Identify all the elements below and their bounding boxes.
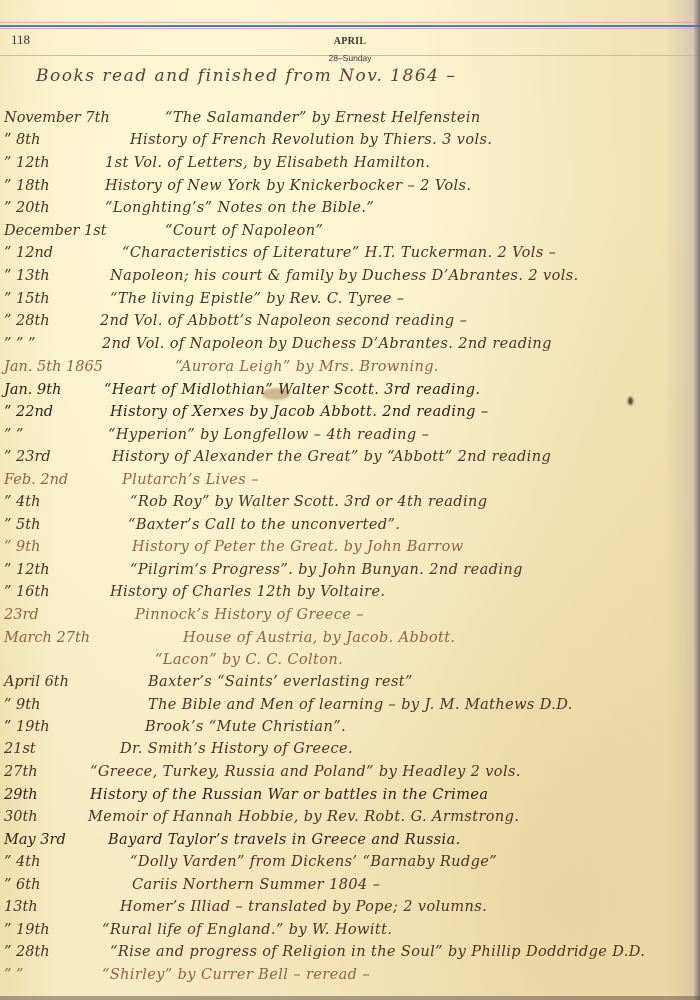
ledger-entry: ” 4th“Dolly Varden” from Dickens’ “Barna… <box>0 854 700 878</box>
entry-date: 13th <box>4 899 38 915</box>
entry-date: ” 5th <box>4 517 40 533</box>
entry-text: “Dolly Varden” from Dickens’ “Barnaby Ru… <box>130 854 497 870</box>
entry-date: December 1st <box>4 223 107 239</box>
entry-date: ” ” ” <box>4 336 35 352</box>
header-rule-blue <box>0 25 700 27</box>
ledger-entry: ” 19thBrook’s “Mute Christian”. <box>0 719 700 743</box>
entry-date: ” 19th <box>4 922 50 938</box>
entry-date: ” 12nd <box>4 245 53 261</box>
ledger-entry: 27th“Greece, Turkey, Russia and Poland” … <box>0 764 700 788</box>
entry-date: March 27th <box>4 630 90 646</box>
ledger-entry: ” 9thThe Bible and Men of learning – by … <box>0 697 700 721</box>
entry-text: “Rural life of England.” by W. Howitt. <box>102 922 392 938</box>
ledger-entry: ” 22ndHistory of Xerxes by Jacob Abbott.… <box>0 404 700 428</box>
ledger-entry: ” 28th2nd Vol. of Abbott’s Napoleon seco… <box>0 313 700 337</box>
entry-date: ” ” <box>4 967 23 983</box>
entry-text: 1st Vol. of Letters, by Elisabeth Hamilt… <box>105 155 430 171</box>
ledger-entry: ” ” ”2nd Vol. of Napoleon by Duchess D’A… <box>0 336 700 360</box>
entry-text: History of New York by Knickerbocker – 2… <box>105 178 471 194</box>
entry-text: “Greece, Turkey, Russia and Poland” by H… <box>90 764 521 780</box>
entry-date: 30th <box>4 809 38 825</box>
entry-date: ” 22nd <box>4 404 53 420</box>
ledger-entry: ” 12th1st Vol. of Letters, by Elisabeth … <box>0 155 700 179</box>
entry-date: ” 6th <box>4 877 40 893</box>
entry-text: The Bible and Men of learning – by J. M.… <box>148 697 573 713</box>
entry-text: History of the Russian War or battles in… <box>90 787 488 803</box>
ledger-entry: “Lacon” by C. C. Colton. <box>0 652 700 676</box>
ledger-entry: ” 20th“Longhting’s” Notes on the Bible.” <box>0 200 700 224</box>
entry-text: “Baxter’s Call to the unconverted”. <box>128 517 400 533</box>
ledger-entry: 21stDr. Smith’s History of Greece. <box>0 741 700 765</box>
entry-date: Jan. 9th <box>4 382 61 398</box>
ledger-entry: ” 23rdHistory of Alexander the Great” by… <box>0 449 700 473</box>
entry-text: History of French Revolution by Thiers. … <box>130 132 492 148</box>
page-edge-right <box>694 0 700 1000</box>
entry-text: Brook’s “Mute Christian”. <box>145 719 346 735</box>
entry-text: Cariis Northern Summer 1804 – <box>132 877 380 893</box>
entry-date: ” 16th <box>4 584 50 600</box>
entry-text: Pinnock’s History of Greece – <box>135 607 364 623</box>
entry-date: ” 23rd <box>4 449 51 465</box>
ledger-entry: ” 12th“Pilgrim’s Progress”. by John Buny… <box>0 562 700 586</box>
entry-text: 2nd Vol. of Abbott’s Napoleon second rea… <box>100 313 467 329</box>
entry-date: ” 12th <box>4 155 50 171</box>
entry-text: “Longhting’s” Notes on the Bible.” <box>105 200 374 216</box>
header-rule-pink-middle <box>0 28 700 29</box>
entry-text: History of Charles 12th by Voltaire. <box>110 584 385 600</box>
month-label: APRIL <box>0 36 700 47</box>
entry-text: History of Peter the Great. by John Barr… <box>132 539 464 555</box>
ledger-entry: ” 18thHistory of New York by Knickerbock… <box>0 178 700 202</box>
entry-text: “Pilgrim’s Progress”. by John Bunyan. 2n… <box>130 562 523 578</box>
entry-date: 27th <box>4 764 38 780</box>
entry-text: “Characteristics of Literature” H.T. Tuc… <box>122 245 556 261</box>
entry-date: ” 28th <box>4 313 50 329</box>
ledger-entry: ” 12nd“Characteristics of Literature” H.… <box>0 245 700 269</box>
entry-text: Baxter’s “Saints’ everlasting rest” <box>148 674 413 690</box>
ledger-entry: ” ”“Shirley” by Currer Bell – reread – <box>0 967 700 991</box>
entry-text: House of Austria, by Jacob. Abbott. <box>183 630 455 646</box>
entry-date: 21st <box>4 741 36 757</box>
entry-date: ” 9th <box>4 539 40 555</box>
entry-text: Plutarch’s Lives – <box>122 472 259 488</box>
entry-text: Napoleon; his court & family by Duchess … <box>110 268 579 284</box>
entry-text: “Aurora Leigh” by Mrs. Browning. <box>175 359 439 375</box>
entry-date: November 7th <box>4 110 110 126</box>
entry-text: Memoir of Hannah Hobbie, by Rev. Robt. G… <box>88 809 519 825</box>
entry-text: “The living Epistle” by Rev. C. Tyree – <box>110 291 404 307</box>
ink-blot <box>628 397 633 405</box>
ledger-entry: ” 15th“The living Epistle” by Rev. C. Ty… <box>0 291 700 315</box>
ledger-entry: ” 16thHistory of Charles 12th by Voltair… <box>0 584 700 608</box>
day-label: 28–Sunday <box>0 53 700 63</box>
ledger-entry: November 7th“The Salamander” by Ernest H… <box>0 110 700 134</box>
ledger-entry: Jan. 9th“Heart of Midlothian” Walter Sco… <box>0 382 700 406</box>
ledger-entry: Jan. 5th 1865“Aurora Leigh” by Mrs. Brow… <box>0 359 700 383</box>
page-edge-bottom <box>0 996 700 1000</box>
entry-date: ” 19th <box>4 719 50 735</box>
entry-date: ” 28th <box>4 944 50 960</box>
entry-text: “Court of Napoleon” <box>165 223 323 239</box>
ledger-entry: March 27thHouse of Austria, by Jacob. Ab… <box>0 630 700 654</box>
page-heading: Books read and finished from Nov. 1864 – <box>36 66 456 86</box>
entry-text: “Lacon” by C. C. Colton. <box>155 652 343 668</box>
ledger-entry: ” 5th“Baxter’s Call to the unconverted”. <box>0 517 700 541</box>
ledger-entry: ” 9thHistory of Peter the Great. by John… <box>0 539 700 563</box>
entry-date: ” 4th <box>4 494 40 510</box>
ledger-entry: ” ”“Hyperion” by Longfellow – 4th readin… <box>0 427 700 451</box>
entry-date: ” 4th <box>4 854 40 870</box>
ledger-entry: ” 4th“Rob Roy” by Walter Scott. 3rd or 4… <box>0 494 700 518</box>
entry-text: “Rise and progress of Religion in the So… <box>110 944 645 960</box>
entry-text: “Shirley” by Currer Bell – reread – <box>102 967 370 983</box>
header-rule-pink-top <box>0 22 700 23</box>
entry-date: ” 9th <box>4 697 40 713</box>
ledger-page: 118 APRIL 28–Sunday Books read and finis… <box>0 0 700 1000</box>
ledger-entry: 13thHomer’s Illiad – translated by Pope;… <box>0 899 700 923</box>
entry-date: ” 8th <box>4 132 40 148</box>
ledger-entry: ” 19th“Rural life of England.” by W. How… <box>0 922 700 946</box>
ledger-entry: Feb. 2ndPlutarch’s Lives – <box>0 472 700 496</box>
entry-text: History of Xerxes by Jacob Abbott. 2nd r… <box>110 404 489 420</box>
entry-date: ” 20th <box>4 200 50 216</box>
ledger-entry: December 1st“Court of Napoleon” <box>0 223 700 247</box>
entry-text: History of Alexander the Great” by “Abbo… <box>112 449 551 465</box>
entry-date: May 3rd <box>4 832 66 848</box>
entry-text: “The Salamander” by Ernest Helfenstein <box>165 110 481 126</box>
ledger-entry: 23rdPinnock’s History of Greece – <box>0 607 700 631</box>
entry-date: ” 15th <box>4 291 50 307</box>
entry-date: ” ” <box>4 427 23 443</box>
entry-text: Bayard Taylor’s travels in Greece and Ru… <box>108 832 461 848</box>
entry-date: April 6th <box>4 674 69 690</box>
entry-text: Dr. Smith’s History of Greece. <box>120 741 353 757</box>
ledger-entry: ” 28th“Rise and progress of Religion in … <box>0 944 700 968</box>
entry-date: Feb. 2nd <box>4 472 68 488</box>
entry-date: ” 12th <box>4 562 50 578</box>
ledger-entry: 29thHistory of the Russian War or battle… <box>0 787 700 811</box>
entry-text: “Rob Roy” by Walter Scott. 3rd or 4th re… <box>130 494 487 510</box>
ledger-entry: April 6thBaxter’s “Saints’ everlasting r… <box>0 674 700 698</box>
ledger-entry: May 3rdBayard Taylor’s travels in Greece… <box>0 832 700 856</box>
entry-date: ” 18th <box>4 178 50 194</box>
entry-text: 2nd Vol. of Napoleon by Duchess D’Abrant… <box>102 336 552 352</box>
entry-date: ” 13th <box>4 268 50 284</box>
entry-text: Homer’s Illiad – translated by Pope; 2 v… <box>120 899 487 915</box>
ledger-entry: ” 8thHistory of French Revolution by Thi… <box>0 132 700 156</box>
entry-date: 29th <box>4 787 38 803</box>
ledger-entry: 30thMemoir of Hannah Hobbie, by Rev. Rob… <box>0 809 700 833</box>
entry-date: Jan. 5th 1865 <box>4 359 103 375</box>
entry-text: “Hyperion” by Longfellow – 4th reading – <box>108 427 429 443</box>
ink-stain <box>262 388 290 400</box>
ledger-entry: ” 6thCariis Northern Summer 1804 – <box>0 877 700 901</box>
entry-date: 23rd <box>4 607 39 623</box>
entry-text: “Heart of Midlothian” Walter Scott. 3rd … <box>104 382 480 398</box>
ledger-entry: ” 13thNapoleon; his court & family by Du… <box>0 268 700 292</box>
